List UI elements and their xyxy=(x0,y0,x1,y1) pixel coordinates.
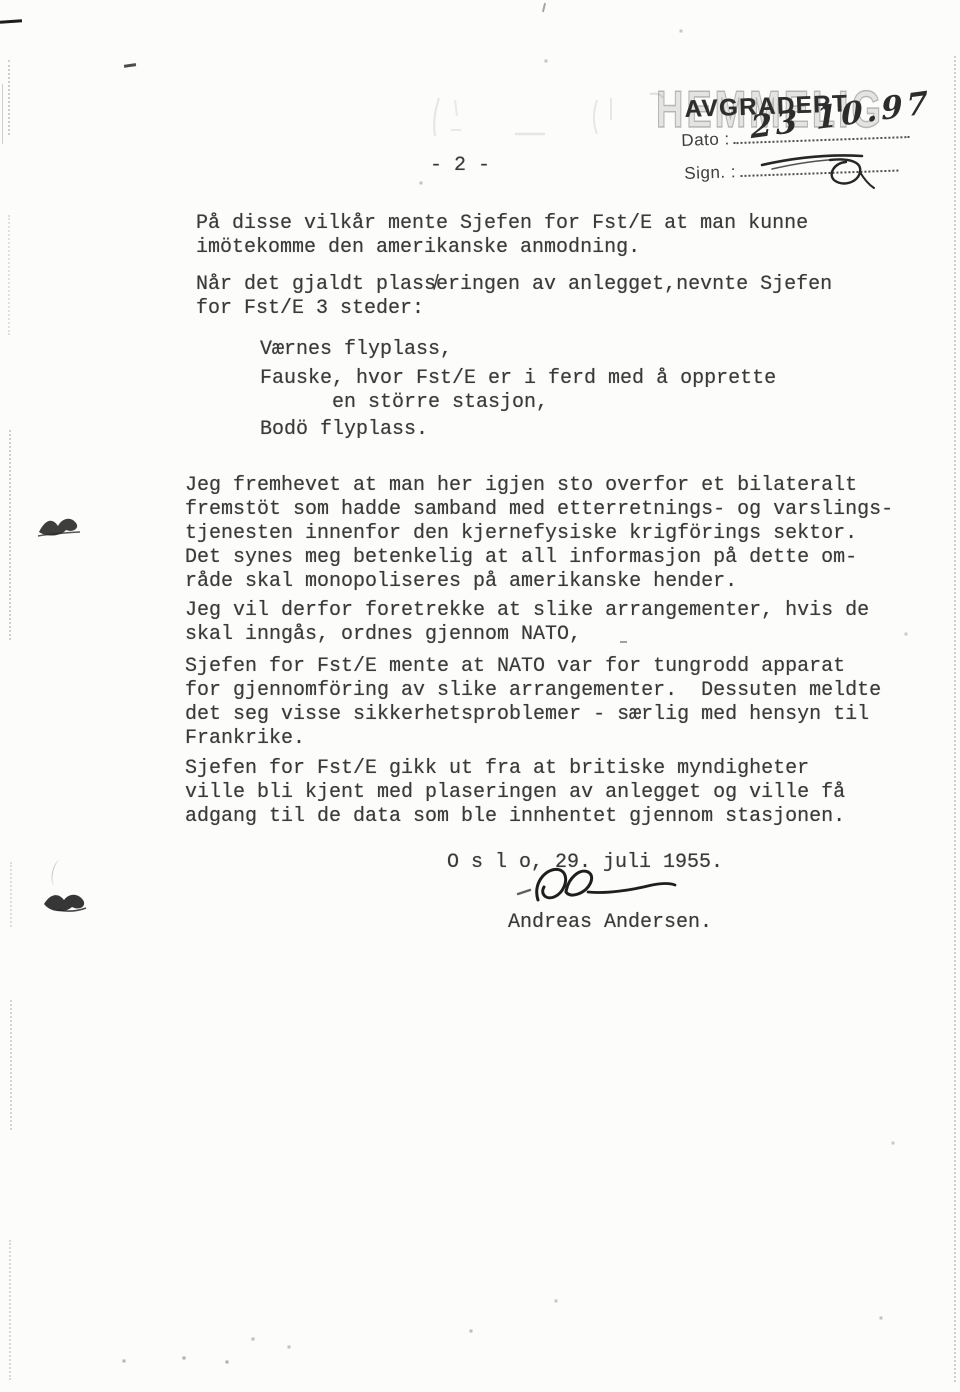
stamp-sign-label: Sign. : xyxy=(684,162,736,183)
body-paragraph-fremhevet: Jeg fremhevet at man her igjen sto overf… xyxy=(185,474,893,594)
scan-artifact-topleft-dash xyxy=(0,19,22,24)
scan-artifact-small-dash xyxy=(124,63,136,68)
body-paragraph-plassering: Når det gjaldt plass̸eringen av anlegget… xyxy=(196,273,832,321)
scan-artifact-top-tick xyxy=(542,3,546,12)
scan-artifact-underline-dot xyxy=(620,641,627,643)
signature-scribble xyxy=(514,858,679,916)
faded-stamp-fragments xyxy=(425,90,670,162)
body-paragraph-britiske: Sjefen for Fst/E gikk ut fra at britiske… xyxy=(185,757,845,829)
margin-scribble-1 xyxy=(36,514,86,542)
margin-pen-arc xyxy=(49,859,65,887)
scan-edge-left-dots-6 xyxy=(9,1240,11,1380)
body-paragraph-nato: Jeg vil derfor foretrekke at slike arran… xyxy=(185,599,869,647)
scan-edge-right-dotted-line xyxy=(954,56,956,1382)
scan-edge-left-dots-2 xyxy=(8,215,10,335)
list-item-vaernes: Værnes flyplass, xyxy=(260,338,452,362)
sign-initials-scribble xyxy=(758,148,893,198)
list-item-bodo: Bodö flyplass. xyxy=(260,418,428,442)
list-item-fauske: Fauske, hvor Fst/E er i ferd med å oppre… xyxy=(260,367,776,415)
body-paragraph-tungrodd: Sjefen for Fst/E mente at NATO var for t… xyxy=(185,655,881,751)
body-paragraph-vilkar: På disse vilkår mente Sjefen for Fst/E a… xyxy=(196,212,808,260)
scan-edge-left-dots-3 xyxy=(9,430,11,640)
scan-edge-left-dots-1 xyxy=(8,60,10,135)
scanned-document-page: - 2 - HEMMELIG AVGRADERT Dato : 23 10.97… xyxy=(0,0,960,1392)
scan-edge-left-dots-5 xyxy=(10,1000,12,1130)
scan-noise-specks xyxy=(0,0,2,2)
scan-edge-left-line xyxy=(2,84,3,144)
margin-scribble-2 xyxy=(40,890,94,918)
scan-edge-left-dots-4 xyxy=(10,862,12,927)
signature-name: Andreas Andersen. xyxy=(508,911,712,935)
stamp-date-label: Dato : xyxy=(681,129,730,150)
